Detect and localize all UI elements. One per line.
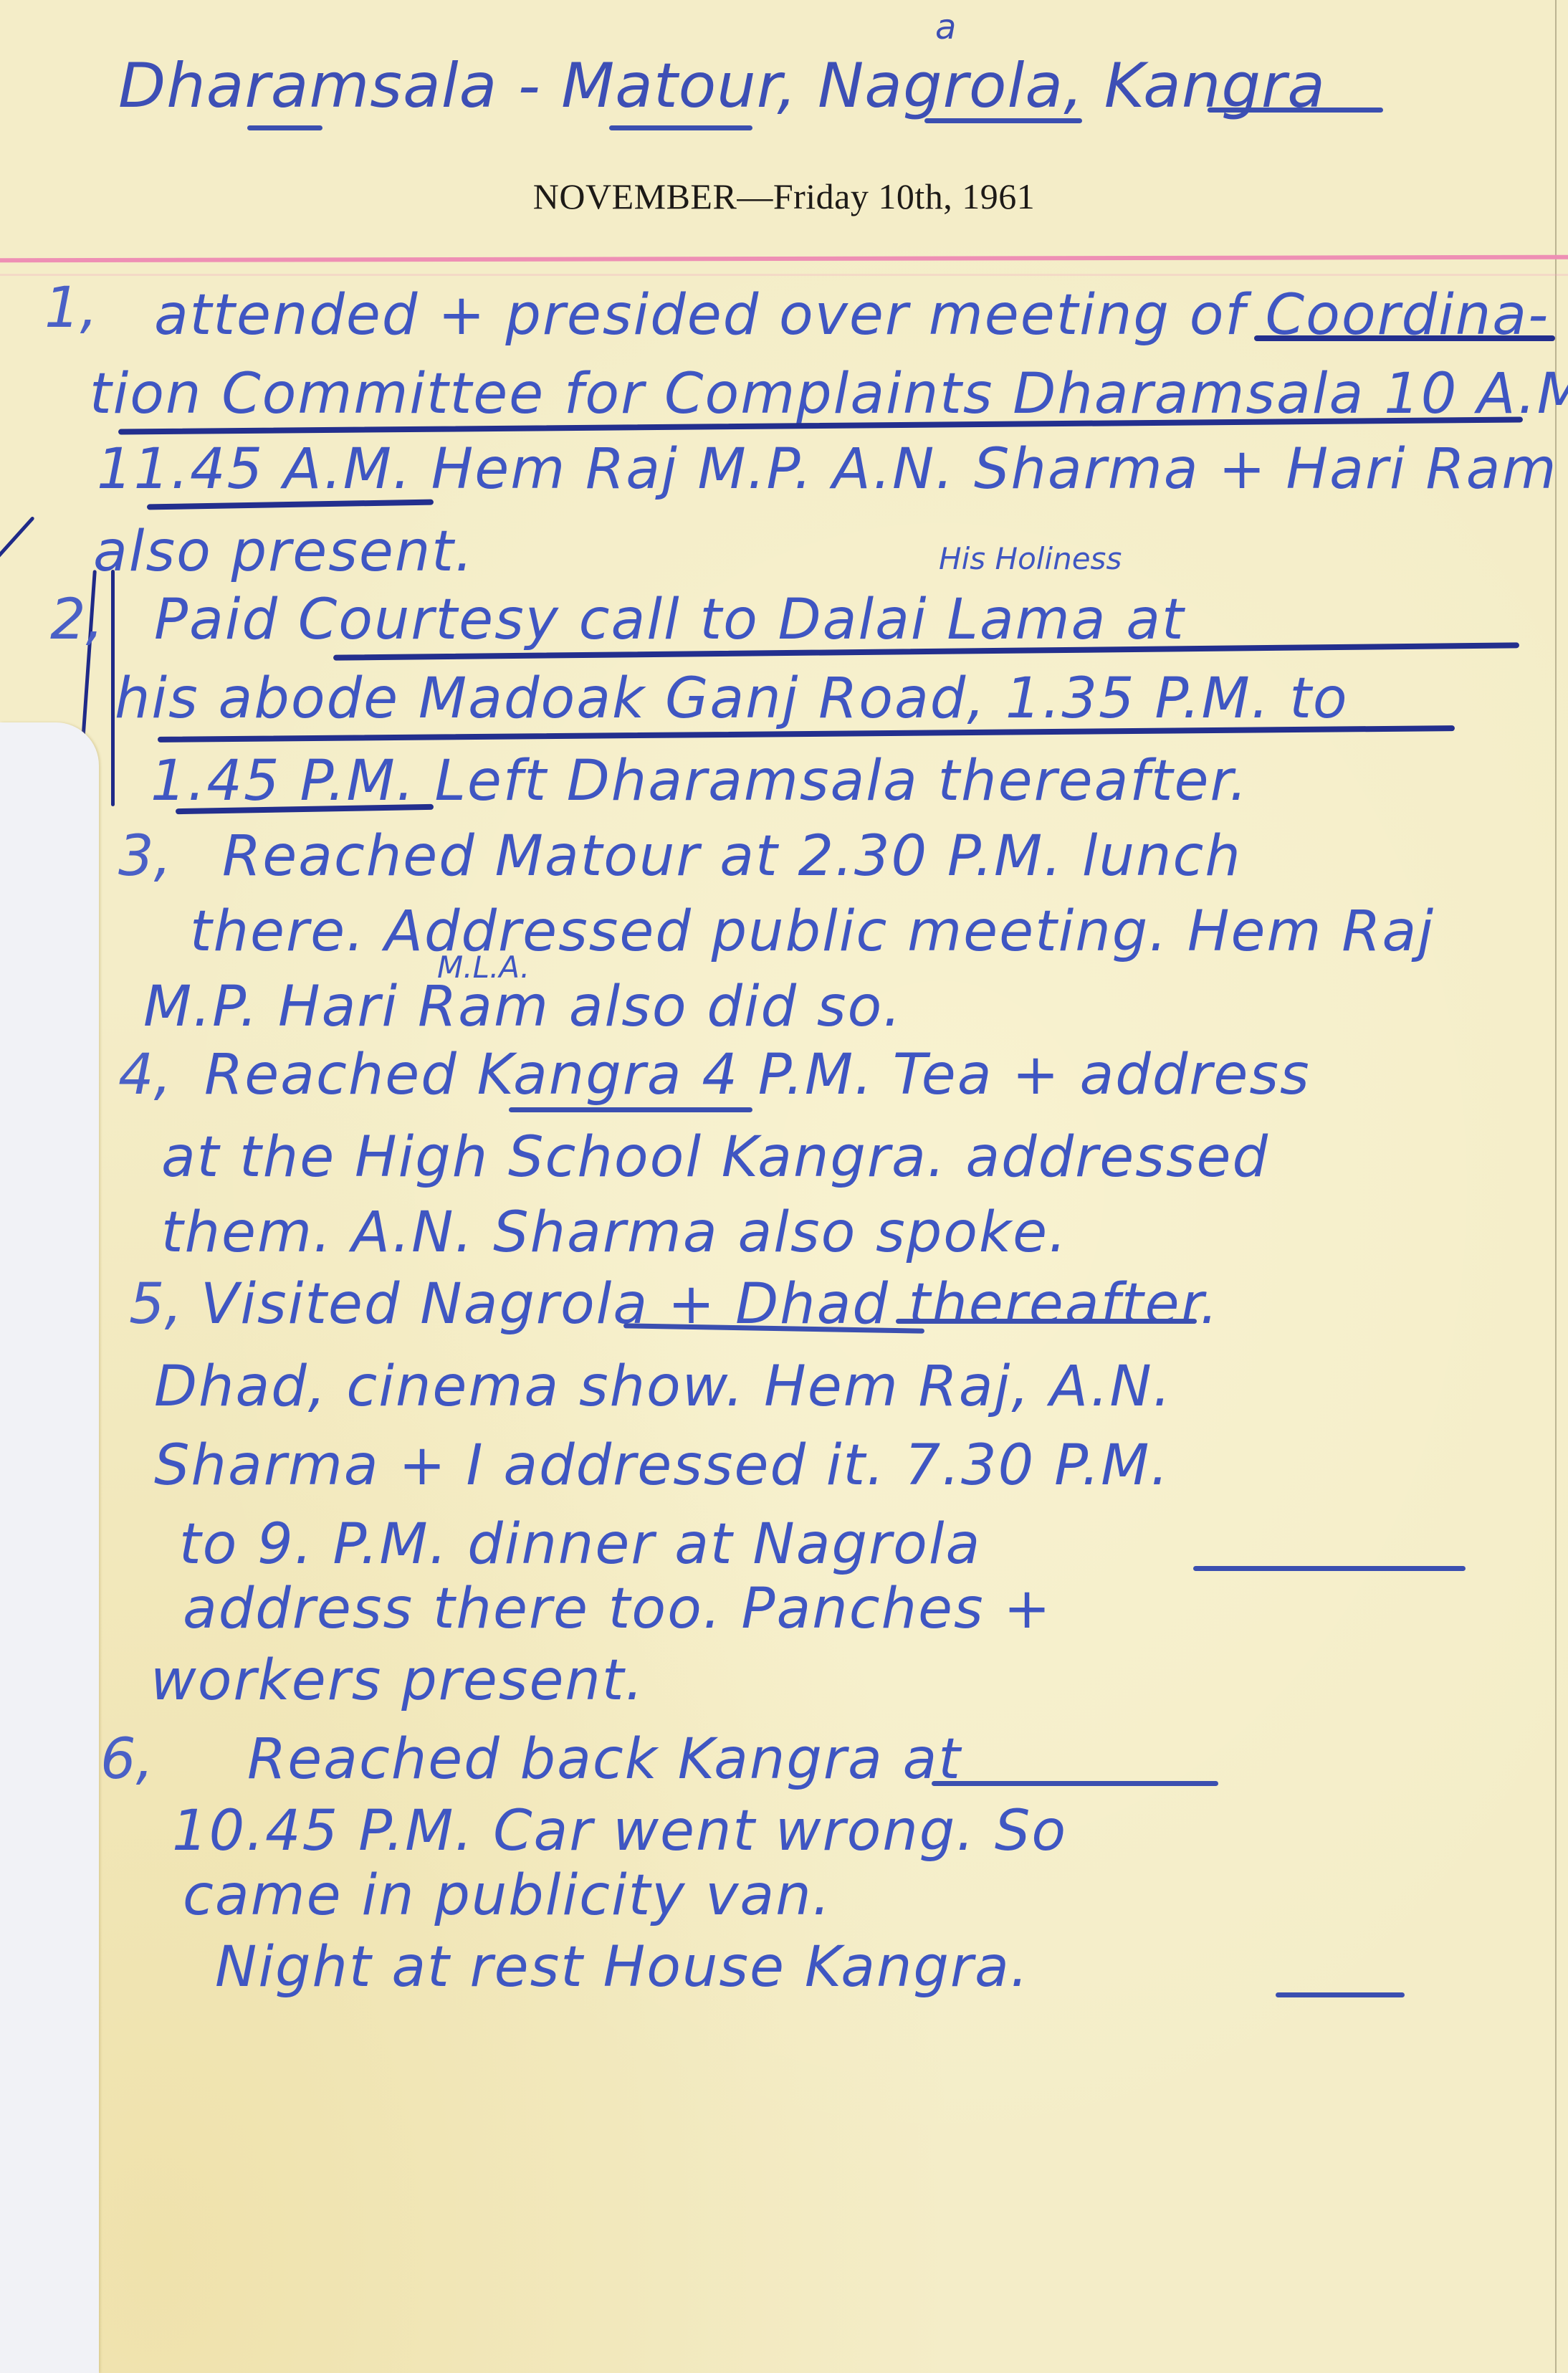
- entry-3-line-3: M.P. Hari Ram also did so.: [143, 975, 902, 1039]
- handwritten-heading: Dharamsala - Matour, Nagrola, Kangra: [118, 50, 1326, 122]
- entry-4-underline-kangra: [509, 1107, 752, 1112]
- entry-number-4: 4,: [118, 1043, 171, 1107]
- entry-5-line-5: address there too. Panches +: [183, 1577, 1052, 1641]
- entry-5-underline-nagrola-2: [1193, 1566, 1466, 1571]
- entry-1-line-2: tion Committee for Complaints Dharamsala…: [90, 362, 1568, 426]
- entry-4-line-2: at the High School Kangra. addressed: [161, 1125, 1269, 1190]
- entry-number-1: 1,: [44, 276, 97, 340]
- entry-number-3: 3,: [118, 824, 171, 889]
- entry-5-line-6: workers present.: [150, 1648, 644, 1713]
- entry-number-6: 6,: [100, 1727, 153, 1792]
- entry-1-line-4: also present.: [93, 520, 474, 584]
- page-rule-faint: [0, 274, 1568, 276]
- entry-2-line-3: 1.45 P.M. Left Dharamsala thereafter.: [150, 749, 1248, 813]
- entry-number-5: 5,: [129, 1272, 182, 1337]
- entry-6-line-2: 10.45 P.M. Car went wrong. So: [172, 1799, 1067, 1863]
- diary-page: a Dharamsala - Matour, Nagrola, Kangra N…: [0, 0, 1568, 2373]
- entry-4-line-1: Reached Kangra 4 P.M. Tea + address: [204, 1043, 1311, 1107]
- entry-5-line-2: Dhad, cinema show. Hem Raj, A.N.: [154, 1355, 1172, 1419]
- heading-underline-1: [247, 125, 322, 130]
- entry-1-line-3: 11.45 A.M. Hem Raj M.P. A.N. Sharma + Ha…: [97, 437, 1557, 502]
- entry-2-line-2: his abode Madoak Ganj Road, 1.35 P.M. to: [115, 667, 1349, 731]
- heading-underline-4: [1208, 108, 1383, 113]
- entry-6-line-3: came in publicity van.: [183, 1863, 831, 1928]
- entry-5-underline-dhad: [896, 1319, 1197, 1324]
- entry-number-2: 2,: [50, 588, 103, 652]
- page-rule-line: [0, 255, 1568, 263]
- heading-underline-3: [924, 118, 1082, 123]
- entry-6-underline-kangra: [932, 1781, 1218, 1786]
- entry-6-line-1: Reached back Kangra at: [247, 1727, 962, 1792]
- heading-accent-mark: a: [935, 7, 956, 47]
- heading-underline-2: [609, 125, 752, 130]
- page-edge-line: [1555, 0, 1557, 2373]
- entry-4-line-3: them. A.N. Sharma also spoke.: [161, 1200, 1068, 1265]
- margin-bracket-stroke-1: [0, 516, 35, 678]
- entry-2-superscript: His Holiness: [939, 541, 1122, 576]
- underlying-white-paper: [0, 722, 99, 2373]
- entry-3-line-1: Reached Matour at 2.30 P.M. lunch: [222, 824, 1242, 889]
- entry-5-line-3: Sharma + I addressed it. 7.30 P.M.: [154, 1433, 1170, 1498]
- entry-6-underline-kangra-2: [1276, 1992, 1405, 1997]
- entry-1-underline-a: [1254, 335, 1555, 341]
- entry-5-line-4: to 9. P.M. dinner at Nagrola: [179, 1512, 981, 1577]
- printed-date-header: NOVEMBER—Friday 10th, 1961: [0, 176, 1568, 217]
- entry-6-line-4: Night at rest House Kangra.: [215, 1935, 1030, 2000]
- entry-3-line-2: there. Addressed public meeting. Hem Raj: [190, 899, 1435, 964]
- entry-2-line-1: Paid Courtesy call to Dalai Lama at: [154, 588, 1185, 652]
